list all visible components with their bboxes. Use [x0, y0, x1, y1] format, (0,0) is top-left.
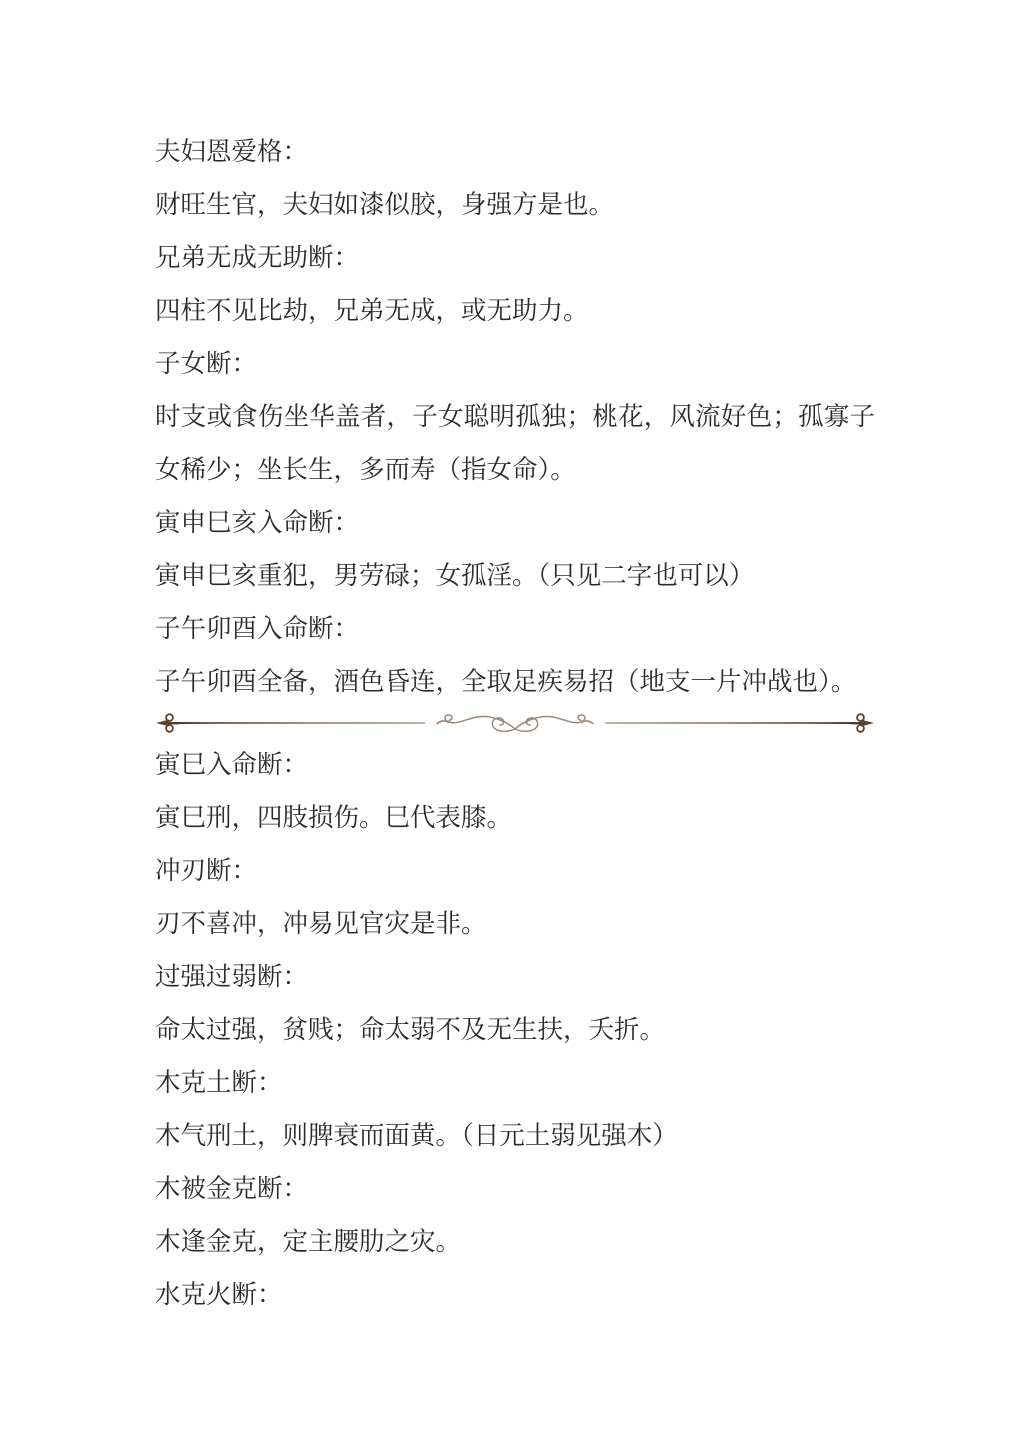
heading-line: 木被金克断：	[155, 1162, 875, 1215]
heading-line: 子午卯酉入命断：	[155, 602, 875, 655]
body-line: 寅巳刑，四肢损伤。巳代表膝。	[155, 791, 875, 844]
heading-line: 夫妇恩爱格：	[155, 125, 875, 178]
body-line: 时支或食伤坐华盖者，子女聪明孤独；桃花，风流好色；孤寡子女稀少；坐长生，多而寿（…	[155, 390, 875, 496]
body-line: 木逢金克，定主腰肋之灾。	[155, 1215, 875, 1268]
heading-line: 水克火断：	[155, 1268, 875, 1321]
body-line: 命太过强，贫贱；命太弱不及无生扶，夭折。	[155, 1003, 875, 1056]
body-line: 寅申巳亥重犯，男劳碌；女孤淫。（只见二字也可以）	[155, 549, 875, 602]
body-line: 财旺生官，夫妇如漆似胶，身强方是也。	[155, 178, 875, 231]
heading-line: 兄弟无成无助断：	[155, 231, 875, 284]
divider-rule-right	[605, 722, 851, 724]
heading-line: 木克土断：	[155, 1056, 875, 1109]
heading-line: 寅申巳亥入命断：	[155, 496, 875, 549]
fleur-end-cap-left-icon	[155, 709, 179, 737]
heading-line: 过强过弱断：	[155, 950, 875, 1003]
document-content: 夫妇恩爱格： 财旺生官，夫妇如漆似胶，身强方是也。 兄弟无成无助断： 四柱不见比…	[155, 125, 875, 1321]
body-line: 木气刑土，则脾衰而面黄。（日元土弱见强木）	[155, 1109, 875, 1162]
body-line: 四柱不见比劫，兄弟无成，或无助力。	[155, 284, 875, 337]
document-page: 夫妇恩爱格： 财旺生官，夫妇如漆似胶，身强方是也。 兄弟无成无助断： 四柱不见比…	[0, 0, 1018, 1440]
ornamental-divider	[155, 708, 875, 738]
heading-line: 寅巳入命断：	[155, 738, 875, 791]
scroll-flourish-icon	[435, 710, 595, 736]
heading-line: 冲刃断：	[155, 844, 875, 897]
heading-line: 子女断：	[155, 337, 875, 390]
body-line: 刃不喜冲，冲易见官灾是非。	[155, 897, 875, 950]
fleur-end-cap-right-icon	[851, 709, 875, 737]
divider-rule-left	[179, 722, 425, 724]
body-line: 子午卯酉全备，酒色昏连，全取足疾易招（地支一片冲战也）。	[155, 655, 875, 708]
